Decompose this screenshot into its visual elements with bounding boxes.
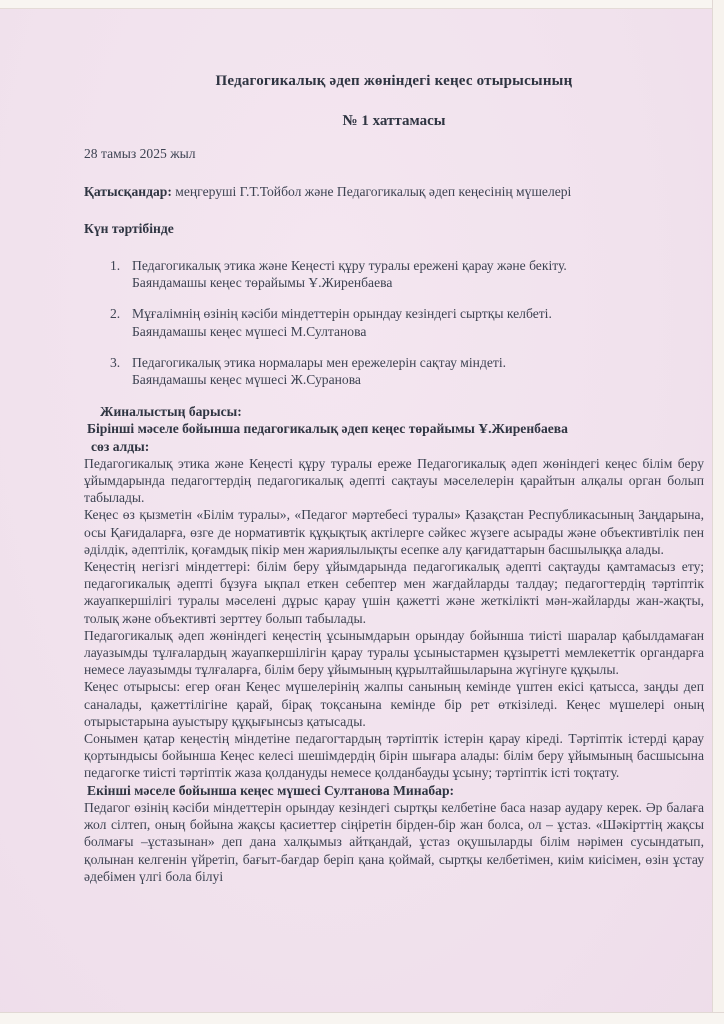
agenda-item-body: Мұғалімнің өзінің кәсіби міндеттерін оры… bbox=[132, 305, 704, 339]
body-paragraph: Сонымен қатар кеңестің міндетіне педагог… bbox=[84, 730, 704, 782]
agenda-item-text: Мұғалімнің өзінің кәсіби міндеттерін оры… bbox=[132, 306, 552, 321]
second-issue-heading: Екінші мәселе бойынша кеңес мүшесі Султа… bbox=[84, 782, 704, 799]
agenda-item-body: Педагогикалық этика нормалары мен ережел… bbox=[132, 354, 704, 388]
agenda-item: 3. Педагогикалық этика нормалары мен ере… bbox=[84, 354, 704, 388]
body-paragraph: Педагогикалық этика және Кеңесті құру ту… bbox=[84, 455, 704, 507]
first-issue-heading: Бірінші мәселе бойынша педагогикалық әде… bbox=[84, 420, 704, 437]
body-paragraph: Педагогикалық әдеп жөніндегі кеңестің ұс… bbox=[84, 627, 704, 679]
agenda-item-body: Педагогикалық этика және Кеңесті құру ту… bbox=[132, 257, 704, 291]
body-paragraph: Кеңестің негізгі міндеттері: білім беру … bbox=[84, 558, 704, 627]
agenda-item-text: Педагогикалық этика нормалары мен ережел… bbox=[132, 355, 506, 370]
body-paragraph: Кеңес отырысы: егер оған Кеңес мүшелерін… bbox=[84, 678, 704, 730]
agenda-item: 2. Мұғалімнің өзінің кәсіби міндеттерін … bbox=[84, 305, 704, 339]
participants-line: Қатысқандар: меңгеруші Г.Т.Тойбол және П… bbox=[84, 183, 704, 201]
agenda-list: 1. Педагогикалық этика және Кеңесті құру… bbox=[84, 257, 704, 388]
date-line: 28 тамыз 2025 жыл bbox=[84, 145, 704, 163]
agenda-item-text: Педагогикалық этика және Кеңесті құру ту… bbox=[132, 258, 567, 273]
participants-label: Қатысқандар: bbox=[84, 184, 172, 199]
agenda-item-number: 3. bbox=[110, 354, 132, 388]
document-title: Педагогикалық әдеп жөніндегі кеңес отыры… bbox=[84, 71, 704, 91]
agenda-item: 1. Педагогикалық этика және Кеңесті құру… bbox=[84, 257, 704, 291]
proceedings-heading: Жиналыстың барысы: bbox=[84, 403, 704, 420]
agenda-item-number: 2. bbox=[110, 305, 132, 339]
agenda-heading: Күн тәртібінде bbox=[84, 220, 704, 238]
first-issue-heading-continued: сөз алды: bbox=[84, 438, 704, 455]
protocol-number: № 1 хаттамасы bbox=[84, 111, 704, 131]
body-paragraph: Кеңес өз қызметін «Білім туралы», «Педаг… bbox=[84, 506, 704, 558]
participants-text: меңгеруші Г.Т.Тойбол және Педагогикалық … bbox=[175, 184, 571, 199]
scan-edge-bottom bbox=[0, 1012, 724, 1024]
agenda-item-speaker: Баяндамашы кеңес мүшесі М.Султанова bbox=[132, 324, 366, 339]
document-content: Педагогикалық әдеп жөніндегі кеңес отыры… bbox=[0, 0, 724, 905]
agenda-item-speaker: Баяндамашы кеңес төрайымы Ұ.Жиренбаева bbox=[132, 275, 392, 290]
scanned-document-page: Педагогикалық әдеп жөніндегі кеңес отыры… bbox=[0, 0, 724, 1024]
closing-paragraph: Педагог өзінің кәсіби міндеттерін орында… bbox=[84, 799, 704, 885]
agenda-item-speaker: Баяндамашы кеңес мүшесі Ж.Суранова bbox=[132, 372, 361, 387]
agenda-item-number: 1. bbox=[110, 257, 132, 291]
